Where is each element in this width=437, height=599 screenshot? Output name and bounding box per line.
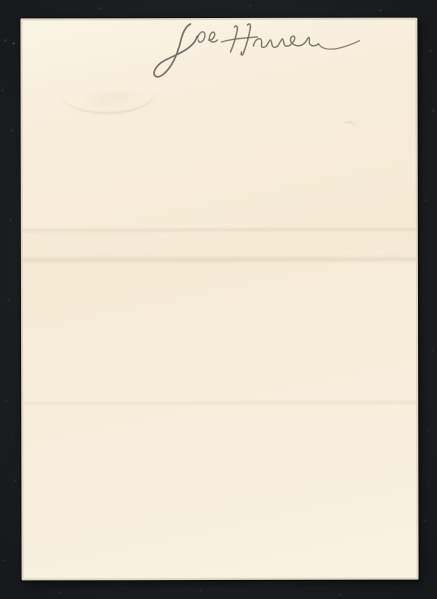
crease-line-upper	[23, 227, 416, 234]
stain-mark	[57, 65, 158, 118]
photo-backdrop: Joe Hauser	[0, 0, 437, 599]
crease-line-lower	[23, 400, 416, 407]
crease-line-middle	[23, 255, 416, 265]
backdrop-grain	[0, 0, 1, 1]
signature-handwriting: Joe Hauser	[144, 20, 364, 84]
autograph-card: Joe Hauser	[20, 18, 418, 581]
smudge-mark	[342, 121, 356, 133]
signature-strokes	[154, 24, 360, 77]
